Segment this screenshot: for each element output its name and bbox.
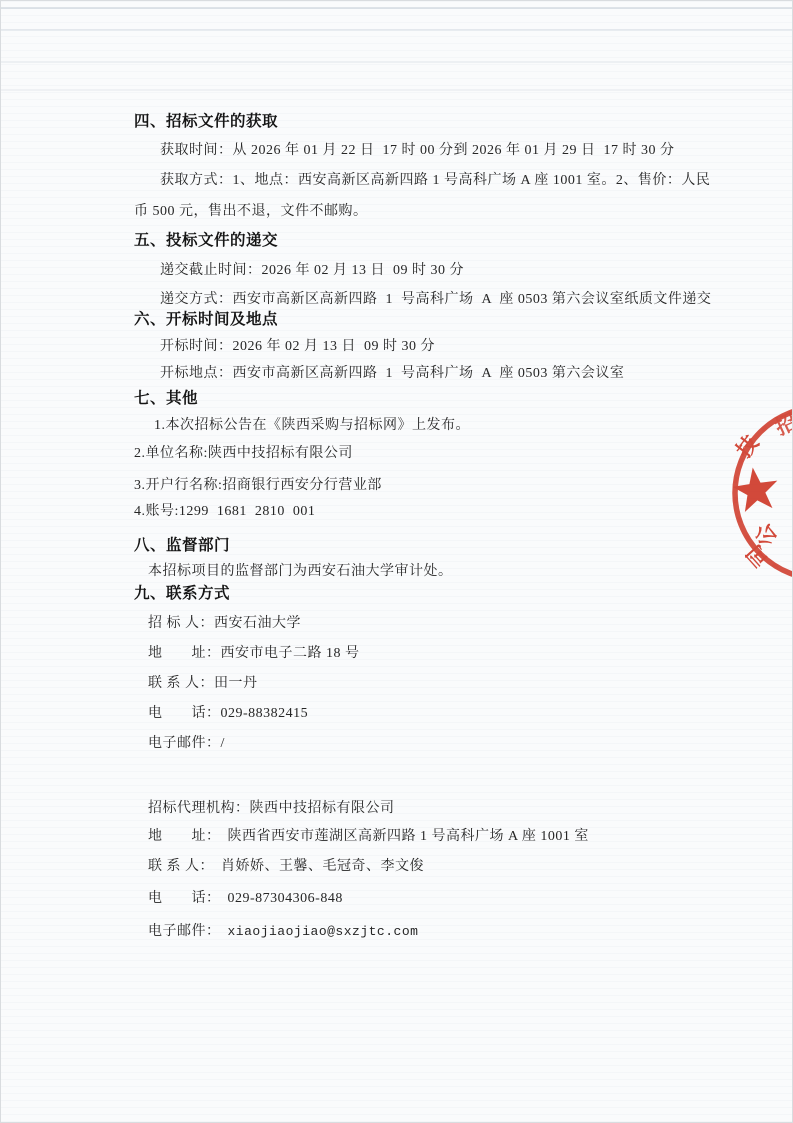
section-heading-submit: 五、投标文件的递交 xyxy=(134,231,696,251)
bidder-phone-value: 029-88382415 xyxy=(221,706,309,721)
document-content: 四、招标文件的获取 获取时间：从 2026 年 01 月 22 日 17 时 0… xyxy=(1,1,792,942)
agency-contact-person-line: 联 系 人：肖娇娇、王馨、毛冠奇、李文俊 xyxy=(134,857,696,877)
other-item-announcement: 1.本次招标公告在《陕西采购与招标网》上发布。 xyxy=(134,416,696,436)
agency-email-label: 电子邮件： xyxy=(148,924,221,939)
agency-name-line: 招标代理机构：陕西中技招标有限公司 xyxy=(134,799,696,819)
bidder-address-line: 地 址：西安市电子二路 18 号 xyxy=(134,644,696,664)
bidder-name-line: 招 标 人：西安石油大学 xyxy=(134,614,696,634)
open-time-line: 开标时间：2026 年 02 月 13 日 09 时 30 分 xyxy=(134,337,696,357)
agency-phone-label: 电 话： xyxy=(148,891,221,906)
bidder-contact-person-value: 田一丹 xyxy=(214,676,258,691)
agency-address-line: 地 址：陕西省西安市莲湖区高新四路 1 号高科广场 A 座 1001 室 xyxy=(134,827,696,847)
bidder-name-label: 招 标 人： xyxy=(148,616,214,631)
agency-email-value: xiaojiaojiao@sxzjtc.com xyxy=(228,924,419,939)
open-place-line: 开标地点：西安市高新区高新四路 1 号高科广场 A 座 0503 第六会议室 xyxy=(134,364,696,384)
obtain-method-continuation-line: 币 500 元，售出不退，文件不邮购。 xyxy=(134,202,696,222)
other-item-company-name: 2.单位名称:陕西中技招标有限公司 xyxy=(134,444,696,464)
agency-address-value: 陕西省西安市莲湖区高新四路 1 号高科广场 A 座 1001 室 xyxy=(228,829,589,844)
bidder-email-line: 电子邮件：/ xyxy=(134,734,696,754)
agency-phone-line: 电 话：029-87304306-848 xyxy=(134,889,696,909)
bidder-name-value: 西安石油大学 xyxy=(214,616,301,631)
section-heading-contact: 九、联系方式 xyxy=(134,584,696,604)
submit-method-line: 递交方式：西安市高新区高新四路 1 号高科广场 A 座 0503 第六会议室纸质… xyxy=(134,290,696,310)
bidder-phone-label: 电 话： xyxy=(148,706,221,721)
submit-deadline-line: 递交截止时间：2026 年 02 月 13 日 09 时 30 分 xyxy=(134,261,696,281)
section-heading-open: 六、开标时间及地点 xyxy=(134,310,696,330)
agency-name-label: 招标代理机构： xyxy=(148,801,250,816)
other-item-bank-name: 3.开户行名称:招商银行西安分行营业部 xyxy=(134,476,696,496)
other-item-account-number: 4.账号:1299 1681 2810 001 xyxy=(134,502,696,522)
bidder-phone-line: 电 话：029-88382415 xyxy=(134,704,696,724)
section-heading-supervise: 八、监督部门 xyxy=(134,536,696,556)
supervise-line: 本招标项目的监督部门为西安石油大学审计处。 xyxy=(134,562,696,582)
agency-contact-person-value: 肖娇娇、王馨、毛冠奇、李文俊 xyxy=(221,859,424,874)
bidder-address-value: 西安市电子二路 18 号 xyxy=(221,646,360,661)
agency-address-label: 地 址： xyxy=(148,829,221,844)
document-page: 四、招标文件的获取 获取时间：从 2026 年 01 月 22 日 17 时 0… xyxy=(0,0,793,1123)
bidder-contact-person-line: 联 系 人：田一丹 xyxy=(134,674,696,694)
bidder-contact-person-label: 联 系 人： xyxy=(148,676,214,691)
agency-contact-person-label: 联 系 人： xyxy=(148,859,214,874)
bidder-email-value: / xyxy=(221,736,225,751)
bidder-email-label: 电子邮件： xyxy=(148,736,221,751)
section-heading-obtain: 四、招标文件的获取 xyxy=(134,112,696,132)
agency-name-value: 陕西中技招标有限公司 xyxy=(250,801,395,816)
agency-email-line: 电子邮件：xiaojiaojiao@sxzjtc.com xyxy=(134,922,696,942)
bidder-address-label: 地 址： xyxy=(148,646,221,661)
obtain-method-line: 获取方式：1、地点：西安高新区高新四路 1 号高科广场 A 座 1001 室。2… xyxy=(134,171,696,191)
section-heading-other: 七、其他 xyxy=(134,389,696,409)
obtain-time-line: 获取时间：从 2026 年 01 月 22 日 17 时 00 分到 2026 … xyxy=(134,141,696,161)
agency-phone-value: 029-87304306-848 xyxy=(228,891,343,906)
